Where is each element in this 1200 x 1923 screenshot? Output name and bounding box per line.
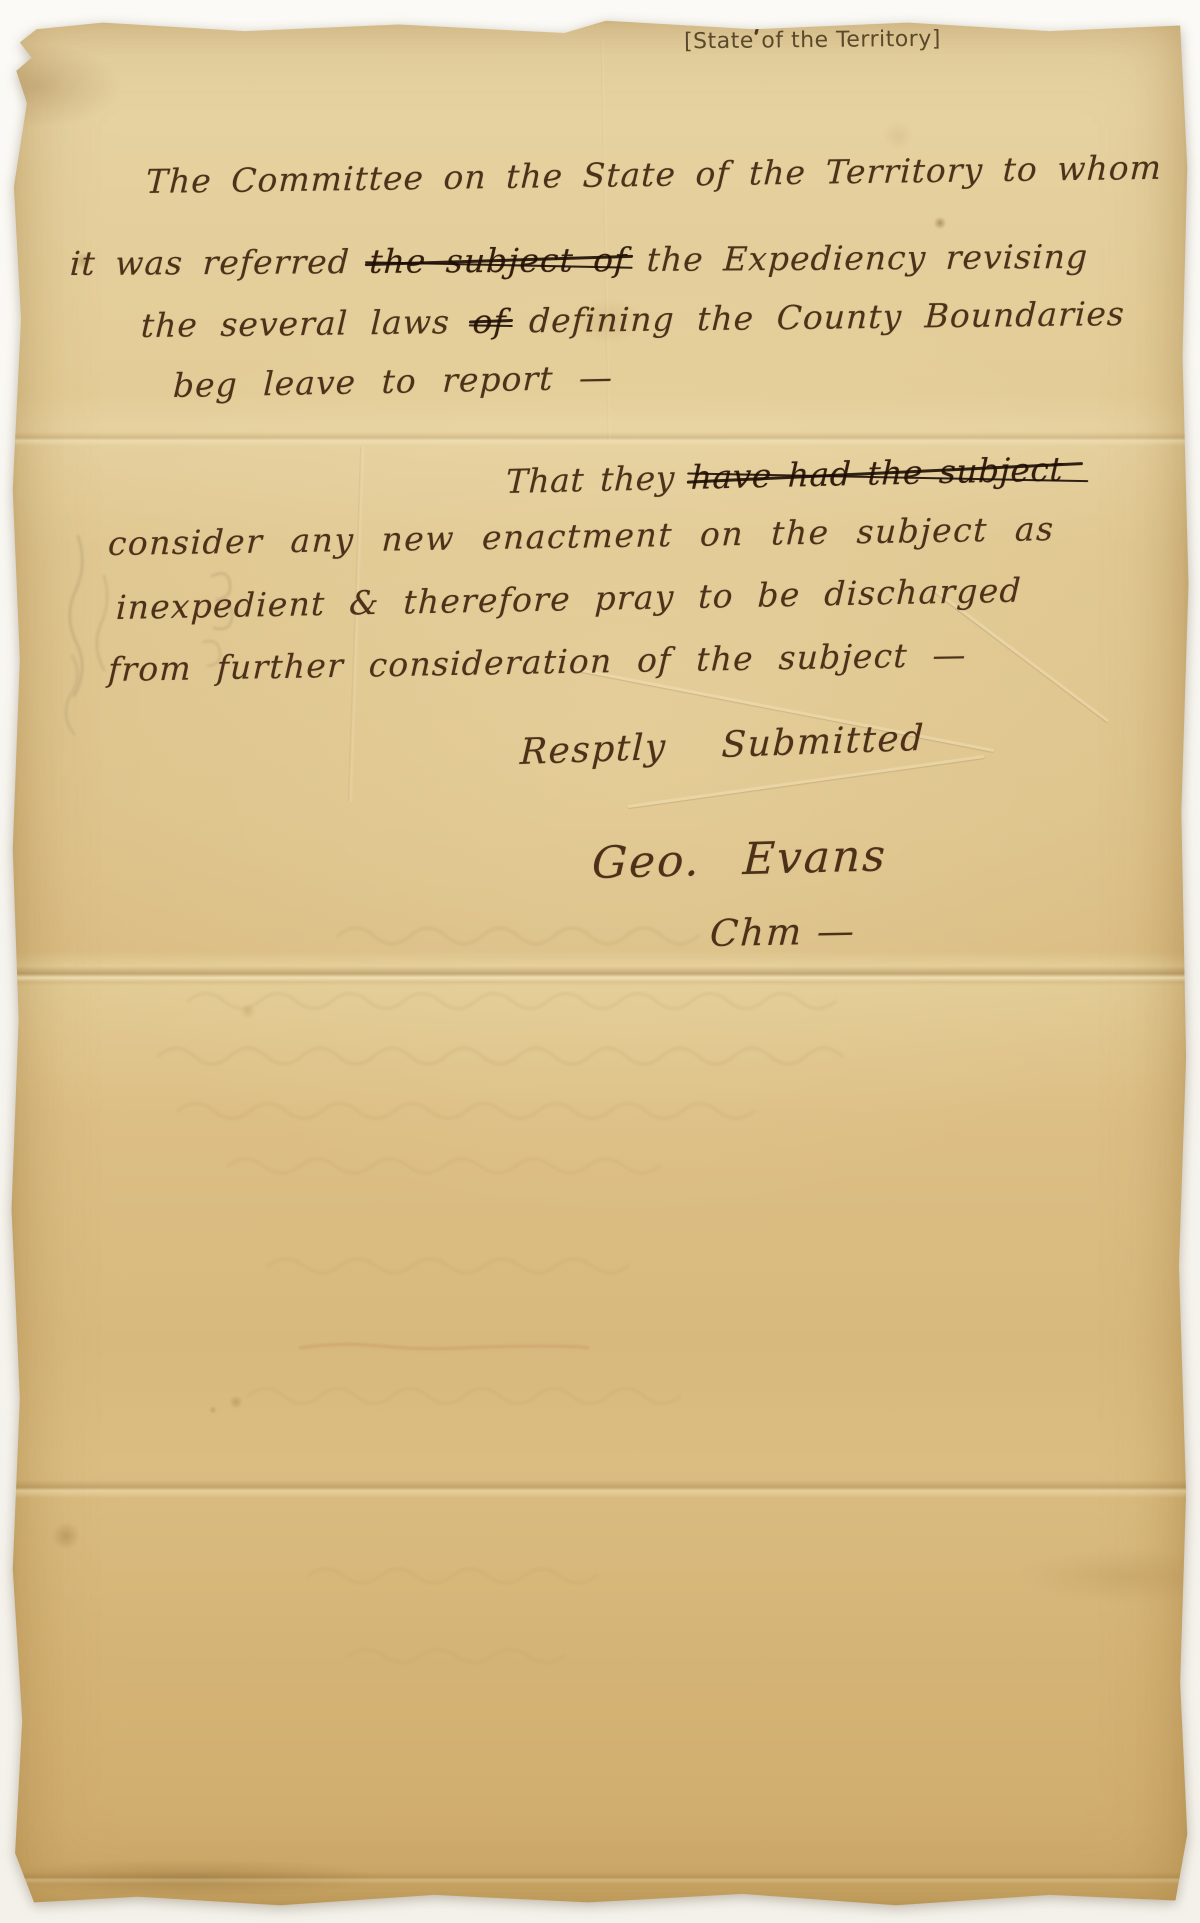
- manuscript-line-6: consider any new enactment on the subjec…: [107, 509, 1055, 563]
- manuscript-line-5: That they have had the subject: [505, 449, 1063, 501]
- fold-crease-upper: [8, 432, 1192, 446]
- manuscript-line-1: The Committee on the State of the Territ…: [145, 148, 1162, 201]
- line-text: the Expediency revising: [626, 237, 1089, 279]
- manuscript-line-4: beg leave to report —: [172, 358, 613, 405]
- line-text: the several laws: [140, 302, 473, 345]
- struck-text: of: [472, 302, 508, 341]
- manuscript-line-8: from further consideration of the subjec…: [107, 635, 967, 689]
- chairman-abbreviation: Chm —: [709, 909, 857, 955]
- line-text: defining the County Boundaries: [506, 294, 1126, 341]
- archival-annotation: [State of the Territory]: [684, 27, 941, 55]
- line-text: from further consideration of the subjec…: [107, 635, 967, 689]
- line-text: inexpedient & therefore pray to be disch…: [115, 571, 1022, 627]
- line-text: it was referred: [69, 242, 370, 283]
- manuscript-line-3: the several laws of defining the County …: [140, 294, 1126, 345]
- fold-crease-bottom: [8, 1872, 1192, 1884]
- pencil-marks: [66, 536, 232, 734]
- paper-sheet-wrapper: [State of the Territory] The Committee o…: [8, 16, 1192, 1910]
- fold-crease-lower: [8, 1480, 1192, 1498]
- struck-text: have had the subject: [690, 449, 1064, 496]
- vertical-crease: [348, 446, 365, 802]
- line-text: beg leave to report —: [172, 358, 613, 405]
- paper-sheet: [State of the Territory] The Committee o…: [8, 16, 1192, 1910]
- struck-text: the subject of: [369, 240, 629, 281]
- fold-crease-middle: [8, 966, 1192, 986]
- manuscript-line-7: inexpedient & therefore pray to be disch…: [115, 571, 1022, 627]
- line-text: The Committee on the State of the Territ…: [145, 148, 1162, 201]
- line-text: consider any new enactment on the subjec…: [107, 509, 1055, 563]
- closing-phrase: Resptly Submitted: [519, 718, 925, 773]
- signature: Geo. Evans: [591, 830, 888, 889]
- scan-background: { "document_type": "handwritten manuscri…: [0, 0, 1200, 1923]
- line-text: That they: [505, 458, 691, 501]
- manuscript-line-2: it was referred the subject of the Exped…: [69, 237, 1089, 283]
